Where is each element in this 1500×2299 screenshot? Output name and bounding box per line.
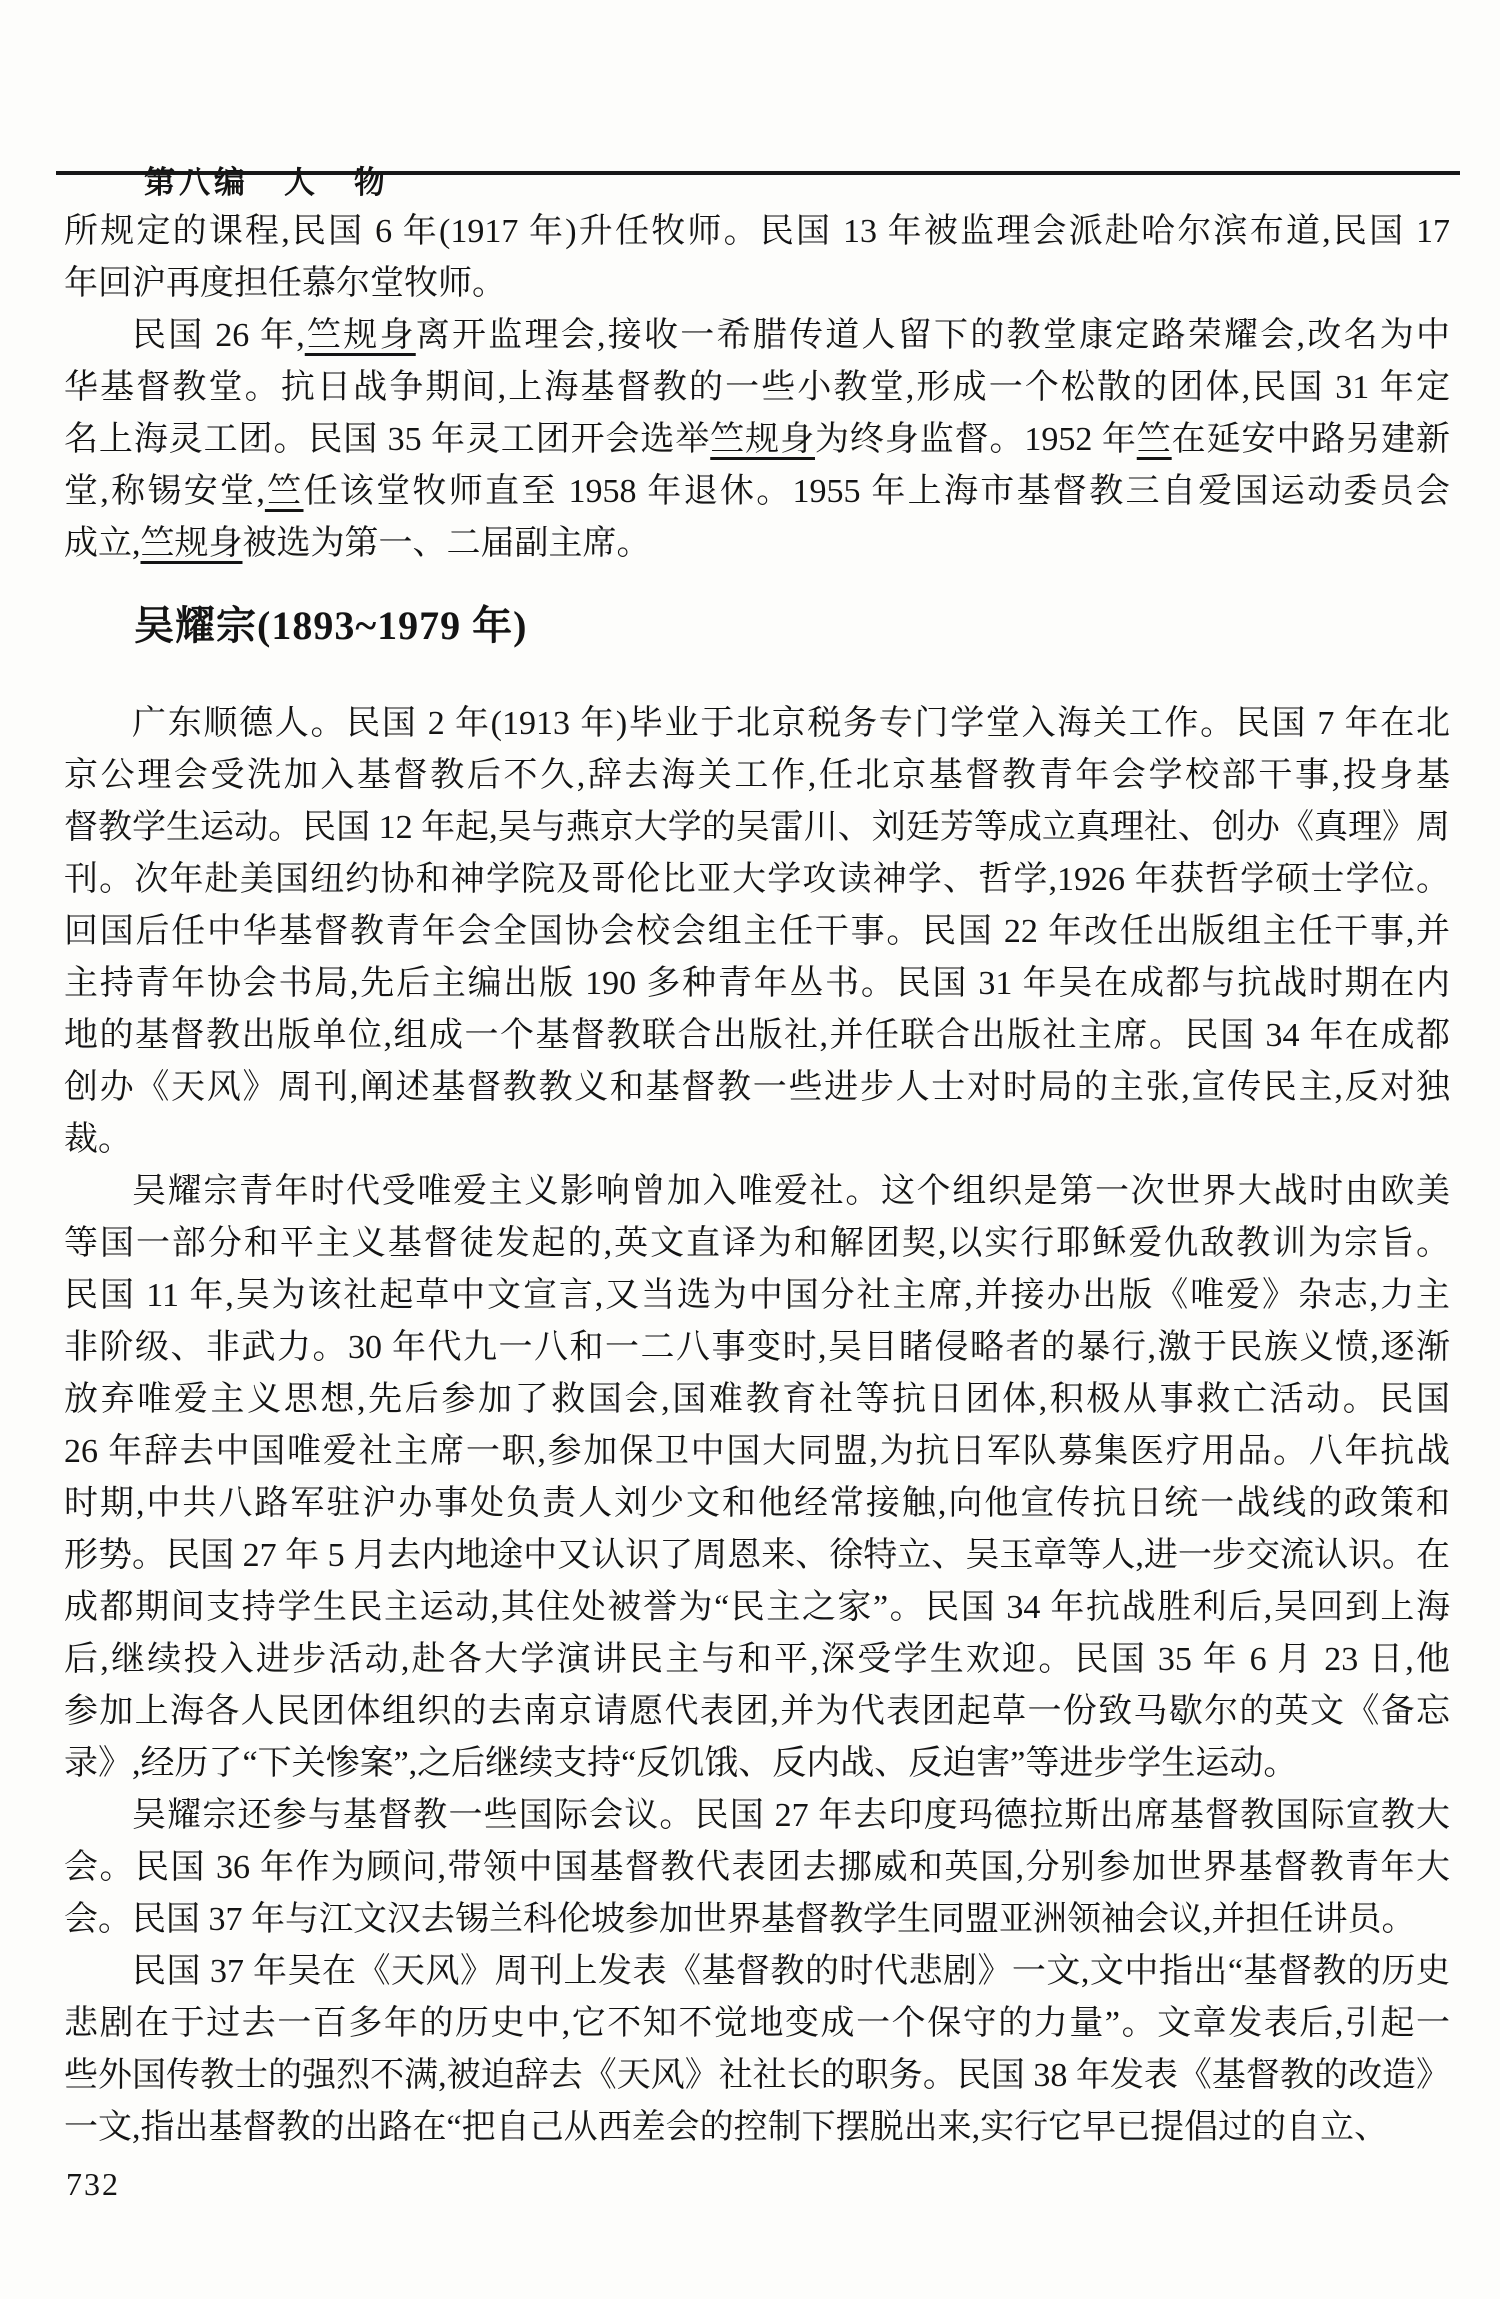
paragraph: 民国 26 年,竺规身离开监理会,接收一希腊传道人留下的教堂康定路荣耀会,改名为… (64, 310, 1450, 570)
text-line: 刊。次年赴美国纽约协和神学院及哥伦比亚大学攻读神学、哲学,1926 年获哲学硕士… (64, 854, 1450, 906)
proper-name-underline: 竺规身 (710, 421, 815, 458)
text-line: 回国后任中华基督教青年会全国协会校会组主任干事。民国 22 年改任出版组主任干事… (64, 906, 1450, 958)
text-line: 会。民国 36 年作为顾问,带领中国基督教代表团去挪威和英国,分别参加世界基督教… (64, 1842, 1450, 1894)
paragraph: 吴耀宗还参与基督教一些国际会议。民国 27 年去印度玛德拉斯出席基督教国际宣教大… (64, 1790, 1450, 1946)
text-line: 会。民国 37 年与江文汉去锡兰科伦坡参加世界基督教学生同盟亚洲领袖会议,并担任… (64, 1894, 1450, 1946)
text-line: 民国 11 年,吴为该社起草中文宣言,又当选为中国分社主席,并接办出版《唯爱》杂… (64, 1270, 1450, 1322)
text-line: 创办《天风》周刊,阐述基督教教义和基督教一些进步人士对时局的主张,宣传民主,反对… (64, 1062, 1450, 1114)
text-line: 时期,中共八路军驻沪办事处负责人刘少文和他经常接触,向他宣传抗日统一战线的政策和 (64, 1478, 1450, 1530)
entry-heading: 吴耀宗(1893~1979 年) (64, 596, 1450, 656)
book-page: 第八编 人 物 所规定的课程,民国 6 年(1917 年)升任牧师。民国 13 … (0, 0, 1500, 2299)
text-line: 裁。 (64, 1114, 1450, 1166)
text-line: 名上海灵工团。民国 35 年灵工团开会选举竺规身为终身监督。1952 年竺在延安… (64, 414, 1450, 466)
text-line: 悲剧在于过去一百多年的历史中,它不知不觉地变成一个保守的力量”。文章发表后,引起… (64, 1998, 1450, 2050)
text-line: 26 年辞去中国唯爱社主席一职,参加保卫中国大同盟,为抗日军队募集医疗用品。八年… (64, 1426, 1450, 1478)
body-text: 所规定的课程,民国 6 年(1917 年)升任牧师。民国 13 年被监理会派赴哈… (64, 206, 1450, 2154)
text-line: 主持青年协会书局,先后主编出版 190 多种青年丛书。民国 31 年吴在成都与抗… (64, 958, 1450, 1010)
text-line: 民国 37 年吴在《天风》周刊上发表《基督教的时代悲剧》一文,文中指出“基督教的… (64, 1946, 1450, 1998)
text-line: 后,继续投入进步活动,赴各大学演讲民主与和平,深受学生欢迎。民国 35 年 6 … (64, 1634, 1450, 1686)
text-line: 放弃唯爱主义思想,先后参加了救国会,国难教育社等抗日团体,积极从事救亡活动。民国 (64, 1374, 1450, 1426)
text-line: 录》,经历了“下关惨案”,之后继续支持“反饥饿、反内战、反迫害”等进步学生运动。 (64, 1738, 1450, 1790)
paragraph: 吴耀宗青年时代受唯爱主义影响曾加入唯爱社。这个组织是第一次世界大战时由欧美等国一… (64, 1166, 1450, 1790)
text-line: 吴耀宗青年时代受唯爱主义影响曾加入唯爱社。这个组织是第一次世界大战时由欧美 (64, 1166, 1450, 1218)
text-line: 成立,竺规身被选为第一、二届副主席。 (64, 518, 1450, 570)
text-line: 民国 26 年,竺规身离开监理会,接收一希腊传道人留下的教堂康定路荣耀会,改名为… (64, 310, 1450, 362)
paragraph: 民国 37 年吴在《天风》周刊上发表《基督教的时代悲剧》一文,文中指出“基督教的… (64, 1946, 1450, 2154)
header-rule (56, 171, 1460, 175)
proper-name-underline: 竺规身 (141, 525, 243, 562)
text-line: 年回沪再度担任慕尔堂牧师。 (64, 258, 1450, 310)
proper-name-underline: 竺规身 (305, 317, 416, 354)
page-number: 732 (66, 2166, 120, 2203)
text-line: 些外国传教士的强烈不满,被迫辞去《天风》社社长的职务。民国 38 年发表《基督教… (64, 2050, 1450, 2102)
proper-name-underline: 竺 (1137, 421, 1172, 458)
proper-name-underline: 竺 (265, 473, 304, 510)
text-line: 等国一部分和平主义基督徒发起的,英文直译为和解团契,以实行耶稣爱仇敌教训为宗旨。 (64, 1218, 1450, 1270)
text-line: 广东顺德人。民国 2 年(1913 年)毕业于北京税务专门学堂入海关工作。民国 … (64, 698, 1450, 750)
paragraph: 广东顺德人。民国 2 年(1913 年)毕业于北京税务专门学堂入海关工作。民国 … (64, 698, 1450, 1166)
text-line: 一文,指出基督教的出路在“把自己从西差会的控制下摆脱出来,实行它早已提倡过的自立… (64, 2102, 1450, 2154)
text-line: 堂,称锡安堂,竺任该堂牧师直至 1958 年退休。1955 年上海市基督教三自爱… (64, 466, 1450, 518)
text-line: 形势。民国 27 年 5 月去内地途中又认识了周恩来、徐特立、吴玉章等人,进一步… (64, 1530, 1450, 1582)
text-line: 非阶级、非武力。30 年代九一八和一二八事变时,吴目睹侵略者的暴行,激于民族义愤… (64, 1322, 1450, 1374)
text-line: 吴耀宗还参与基督教一些国际会议。民国 27 年去印度玛德拉斯出席基督教国际宣教大 (64, 1790, 1450, 1842)
text-line: 京公理会受洗加入基督教后不久,辞去海关工作,任北京基督教青年会学校部干事,投身基 (64, 750, 1450, 802)
text-line: 成都期间支持学生民主运动,其住处被誉为“民主之家”。民国 34 年抗战胜利后,吴… (64, 1582, 1450, 1634)
text-line: 地的基督教出版单位,组成一个基督教联合出版社,并任联合出版社主席。民国 34 年… (64, 1010, 1450, 1062)
text-line: 督教学生运动。民国 12 年起,吴与燕京大学的吴雷川、刘廷芳等成立真理社、创办《… (64, 802, 1450, 854)
text-line: 参加上海各人民团体组织的去南京请愿代表团,并为代表团起草一份致马歇尔的英文《备忘 (64, 1686, 1450, 1738)
paragraph: 所规定的课程,民国 6 年(1917 年)升任牧师。民国 13 年被监理会派赴哈… (64, 206, 1450, 310)
text-line: 所规定的课程,民国 6 年(1917 年)升任牧师。民国 13 年被监理会派赴哈… (64, 206, 1450, 258)
text-line: 华基督教堂。抗日战争期间,上海基督教的一些小教堂,形成一个松散的团体,民国 31… (64, 362, 1450, 414)
